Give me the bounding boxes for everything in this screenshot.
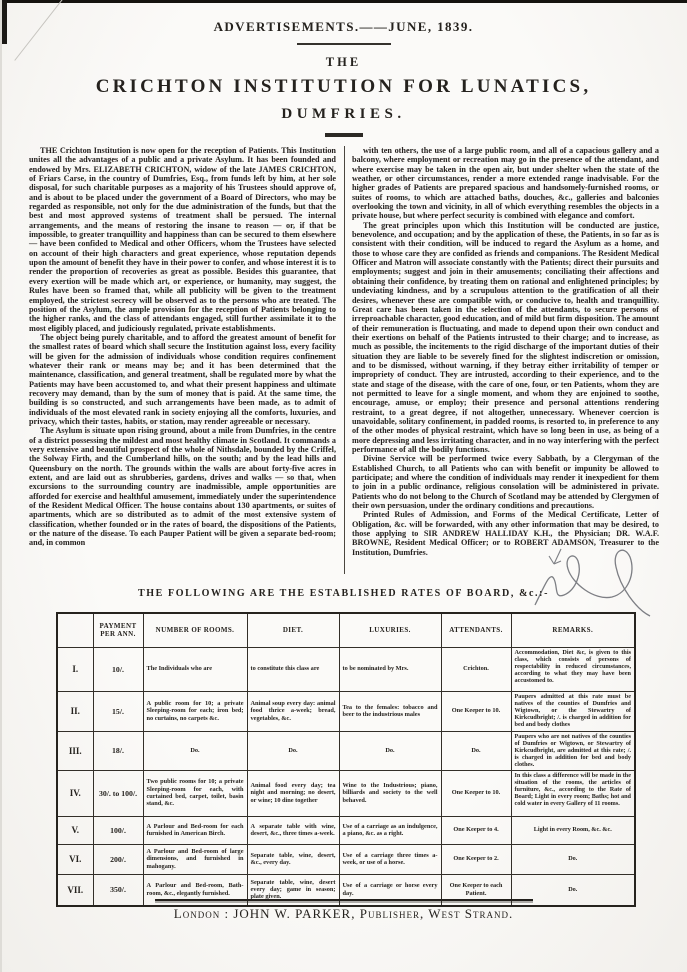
cell-luxuries: Use of a carriage or horse every day. (339, 874, 441, 906)
handwritten-ink-mark (523, 543, 683, 623)
cell-class: II. (57, 691, 93, 731)
cell-diet: A separate table with wine, desert, &c.,… (247, 816, 339, 844)
cell-class: VI. (57, 844, 93, 874)
cell-diet: Animal soup every day: animal food thric… (247, 691, 339, 731)
cell-class: VII. (57, 874, 93, 906)
cell-payment: 350/. (93, 874, 143, 906)
table-header-row: PAYMENT PER ANN. NUMBER OF ROOMS. DIET. … (57, 613, 635, 647)
header-diet: DIET. (247, 613, 339, 647)
table-row: VI. 200/. A Parlour and Bed-room of larg… (57, 844, 635, 874)
footer-rule (155, 899, 533, 901)
cell-attendants: One Keeper to 2. (441, 844, 511, 874)
masthead: ADVERTISEMENTS.——JUNE, 1839. (0, 19, 687, 35)
cell-diet: Do. (247, 731, 339, 770)
scan-edge-top (0, 0, 687, 3)
title-rule (325, 133, 363, 137)
rates-of-board-table: PAYMENT PER ANN. NUMBER OF ROOMS. DIET. … (56, 612, 636, 907)
cell-diet: Separate table, wine, desert every day; … (247, 874, 339, 906)
cell-diet: to constitute this class are (247, 647, 339, 691)
right-column: with ten others, the use of a large publ… (352, 146, 659, 557)
scan-edge-left (0, 0, 2, 972)
cell-attendants: One Keeper to 10. (441, 770, 511, 816)
table-row: V. 100/. A Parlour and Bed-room for each… (57, 816, 635, 844)
cell-class: IV. (57, 770, 93, 816)
cell-payment: 15/. (93, 691, 143, 731)
header-attendants: ATTENDANTS. (441, 613, 511, 647)
cell-payment: 200/. (93, 844, 143, 874)
left-column: THE Crichton Institution is now open for… (29, 146, 336, 557)
cell-remarks: In this class a difference will be made … (511, 770, 635, 816)
cell-payment: 100/. (93, 816, 143, 844)
cell-payment: 18/. (93, 731, 143, 770)
cell-luxuries: Use of a carriage as an indulgence, a pi… (339, 816, 441, 844)
page-subtitle: DUMFRIES. (0, 106, 687, 123)
title-the: THE (0, 55, 687, 70)
cell-luxuries: to be nominated by Mrs. (339, 647, 441, 691)
paragraph: The great principles upon which this Ins… (352, 221, 659, 455)
cell-class: V. (57, 816, 93, 844)
cell-rooms: A Parlour and Bed-room of large dimensio… (143, 844, 247, 874)
paragraph: The object being purely charitable, and … (29, 333, 336, 426)
cell-rooms: Two public rooms for 10; a private Sleep… (143, 770, 247, 816)
paragraph: The Asylum is situate upon rising ground… (29, 426, 336, 547)
cell-remarks: Accommodation, Diet &c, is given to this… (511, 647, 635, 691)
header-luxuries: LUXURIES. (339, 613, 441, 647)
cell-remarks: Do. (511, 844, 635, 874)
cell-rooms: The Individuals who are (143, 647, 247, 691)
masthead-rule (297, 43, 391, 45)
cell-attendants: One Keeper to 4. (441, 816, 511, 844)
table-row: VII. 350/. A Parlour and Bed-room, Bath-… (57, 874, 635, 906)
cell-class: III. (57, 731, 93, 770)
cell-rooms: A public room for 10; a private Sleeping… (143, 691, 247, 731)
cell-remarks: Do. (511, 874, 635, 906)
cell-diet: Animal food every day; tea night and mor… (247, 770, 339, 816)
cell-attendants: Do. (441, 731, 511, 770)
table-row: II. 15/. A public room for 10; a private… (57, 691, 635, 731)
table-row: III. 18/. Do. Do. Do. Do. Paupers who ar… (57, 731, 635, 770)
paragraph: THE Crichton Institution is now open for… (29, 146, 336, 333)
rates-caption: THE FOLLOWING ARE THE ESTABLISHED RATES … (0, 588, 687, 599)
paragraph: Divine Service will be performed twice e… (352, 454, 659, 510)
cell-class: I. (57, 647, 93, 691)
header-remarks: REMARKS. (511, 613, 635, 647)
cell-luxuries: Do. (339, 731, 441, 770)
cell-remarks: Paupers who are not natives of the count… (511, 731, 635, 770)
cell-rooms: A Parlour and Bed-room, Bath-room, &c., … (143, 874, 247, 906)
table-row: IV. 30/. to 100/. Two public rooms for 1… (57, 770, 635, 816)
header-rooms: NUMBER OF ROOMS. (143, 613, 247, 647)
header-payment: PAYMENT PER ANN. (93, 613, 143, 647)
cell-payment: 10/. (93, 647, 143, 691)
column-divider (344, 146, 345, 574)
cell-diet: Separate table, wine, desert, &c., every… (247, 844, 339, 874)
cell-luxuries: Use of a carriage three times a-week, or… (339, 844, 441, 874)
cell-luxuries: Tea to the females: tobacco and beer to … (339, 691, 441, 731)
cell-attendants: One Keeper to 10. (441, 691, 511, 731)
cell-rooms: A Parlour and Bed-room for each furnishe… (143, 816, 247, 844)
cell-luxuries: Wine to the Industrious; piano, billiard… (339, 770, 441, 816)
paragraph: with ten others, the use of a large publ… (352, 146, 659, 221)
cell-rooms: Do. (143, 731, 247, 770)
cell-attendants: One Keeper to each Patient. (441, 874, 511, 906)
table-row: I. 10/. The Individuals who are to const… (57, 647, 635, 691)
scanned-advertisement-page: ADVERTISEMENTS.——JUNE, 1839. THE CRICHTO… (0, 0, 687, 972)
cell-attendants: Crichton. (441, 647, 511, 691)
header-class (57, 613, 93, 647)
cell-payment: 30/. to 100/. (93, 770, 143, 816)
page-title: CRICHTON INSTITUTION FOR LUNATICS, (0, 76, 687, 98)
cell-remarks: Light in every Room, &c. &c. (511, 816, 635, 844)
cell-remarks: Paupers admitted at this rate must be na… (511, 691, 635, 731)
publisher-imprint: London : JOHN W. PARKER, Publisher, West… (0, 906, 687, 922)
